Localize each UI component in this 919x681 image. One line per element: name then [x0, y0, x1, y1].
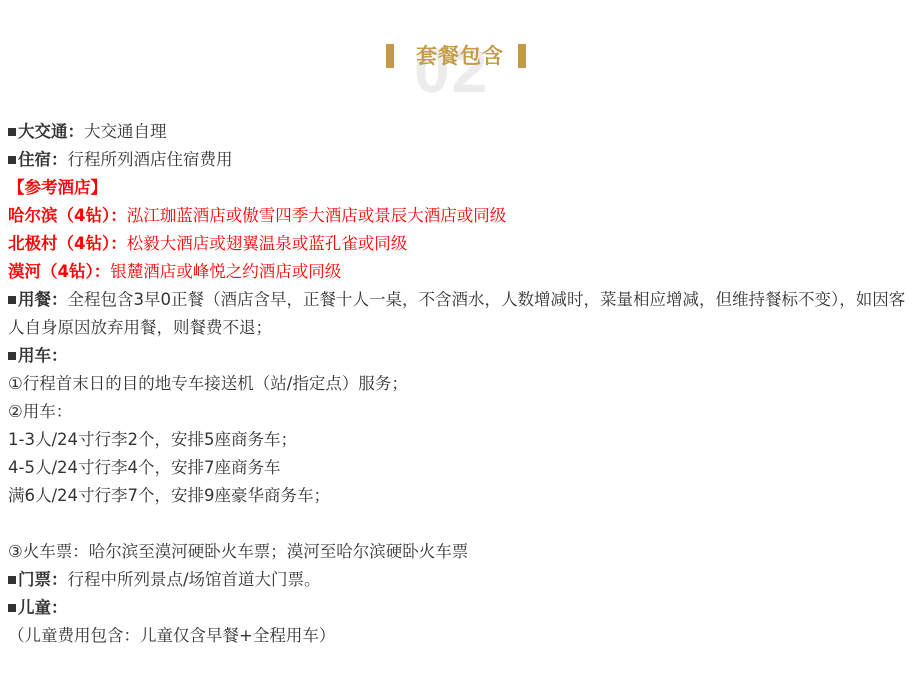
meals-item: 用餐：全程包含3早0正餐（酒店含早，正餐十人一桌，不含酒水，人数增减时，菜量相应…: [8, 286, 913, 342]
vehicle-line: 满6人/24寸行李7个，安排9座豪华商务车；: [8, 482, 913, 510]
hotel-option-mohe: 漠河（4钻）：银麓酒店或峰悦之约酒店或同级: [8, 258, 913, 286]
transport-item: 大交通：大交通自理: [8, 118, 913, 146]
vehicle-line: 4-5人/24寸行李4个，安排7座商务车: [8, 454, 913, 482]
square-bullet-icon: [8, 576, 16, 584]
hotel-option-beiji: 北极村（4钻）：松毅大酒店或翅翼温泉或蓝孔雀或同级: [8, 230, 913, 258]
vehicle-item: 用车：: [8, 342, 913, 370]
hotel-options: 泓江珈蓝酒店或傲雪四季大酒店或景辰大酒店或同级: [127, 206, 507, 225]
hotel-options: 松毅大酒店或翅翼温泉或蓝孔雀或同级: [127, 234, 408, 253]
spacer: [8, 510, 913, 538]
hotel-city: 漠河（4钻）：: [8, 262, 110, 281]
hotel-label: 住宿：: [18, 150, 68, 169]
square-bullet-icon: [8, 156, 16, 164]
square-bullet-icon: [8, 604, 16, 612]
meals-label: 用餐：: [18, 290, 68, 309]
square-bullet-icon: [8, 128, 16, 136]
section-title: 套餐包含: [407, 42, 513, 70]
hotel-city: 北极村（4钻）：: [8, 234, 127, 253]
package-includes-content: 大交通：大交通自理 住宿：行程所列酒店住宿费用 【参考酒店】 哈尔滨（4钻）：泓…: [8, 118, 913, 650]
hotel-city: 哈尔滨（4钻）：: [8, 206, 127, 225]
right-gold-bar: [518, 44, 526, 68]
square-bullet-icon: [8, 352, 16, 360]
vehicle-line: 1-3人/24寸行李2个，安排5座商务车；: [8, 426, 913, 454]
hotel-text: 行程所列酒店住宿费用: [68, 150, 233, 169]
reference-hotel-heading: 【参考酒店】: [8, 174, 913, 202]
tickets-label: 门票：: [18, 570, 68, 589]
train-ticket-line: ③火车票：哈尔滨至漠河硬卧火车票；漠河至哈尔滨硬卧火车票: [8, 538, 913, 566]
meals-text: 全程包含3早0正餐（酒店含早，正餐十人一桌，不含酒水，人数增减时，菜量相应增减，…: [8, 290, 905, 337]
tickets-item: 门票：行程中所列景点/场馆首道大门票。: [8, 566, 913, 594]
left-gold-bar: [386, 44, 394, 68]
hotel-option-harbin: 哈尔滨（4钻）：泓江珈蓝酒店或傲雪四季大酒店或景辰大酒店或同级: [8, 202, 913, 230]
hotel-item: 住宿：行程所列酒店住宿费用: [8, 146, 913, 174]
vehicle-line: ②用车：: [8, 398, 913, 426]
hotel-options: 银麓酒店或峰悦之约酒店或同级: [110, 262, 341, 281]
vehicle-label: 用车：: [18, 346, 68, 365]
square-bullet-icon: [8, 296, 16, 304]
section-header: 02 套餐包含: [0, 22, 919, 92]
transport-label: 大交通：: [18, 122, 84, 141]
children-text: （儿童费用包含：儿童仅含早餐+全程用车）: [8, 622, 913, 650]
children-label: 儿童：: [18, 598, 68, 617]
vehicle-line: ①行程首末日的目的地专车接送机（站/指定点）服务；: [8, 370, 913, 398]
transport-text: 大交通自理: [84, 122, 167, 141]
tickets-text: 行程中所列景点/场馆首道大门票。: [68, 570, 321, 589]
children-item: 儿童：: [8, 594, 913, 622]
